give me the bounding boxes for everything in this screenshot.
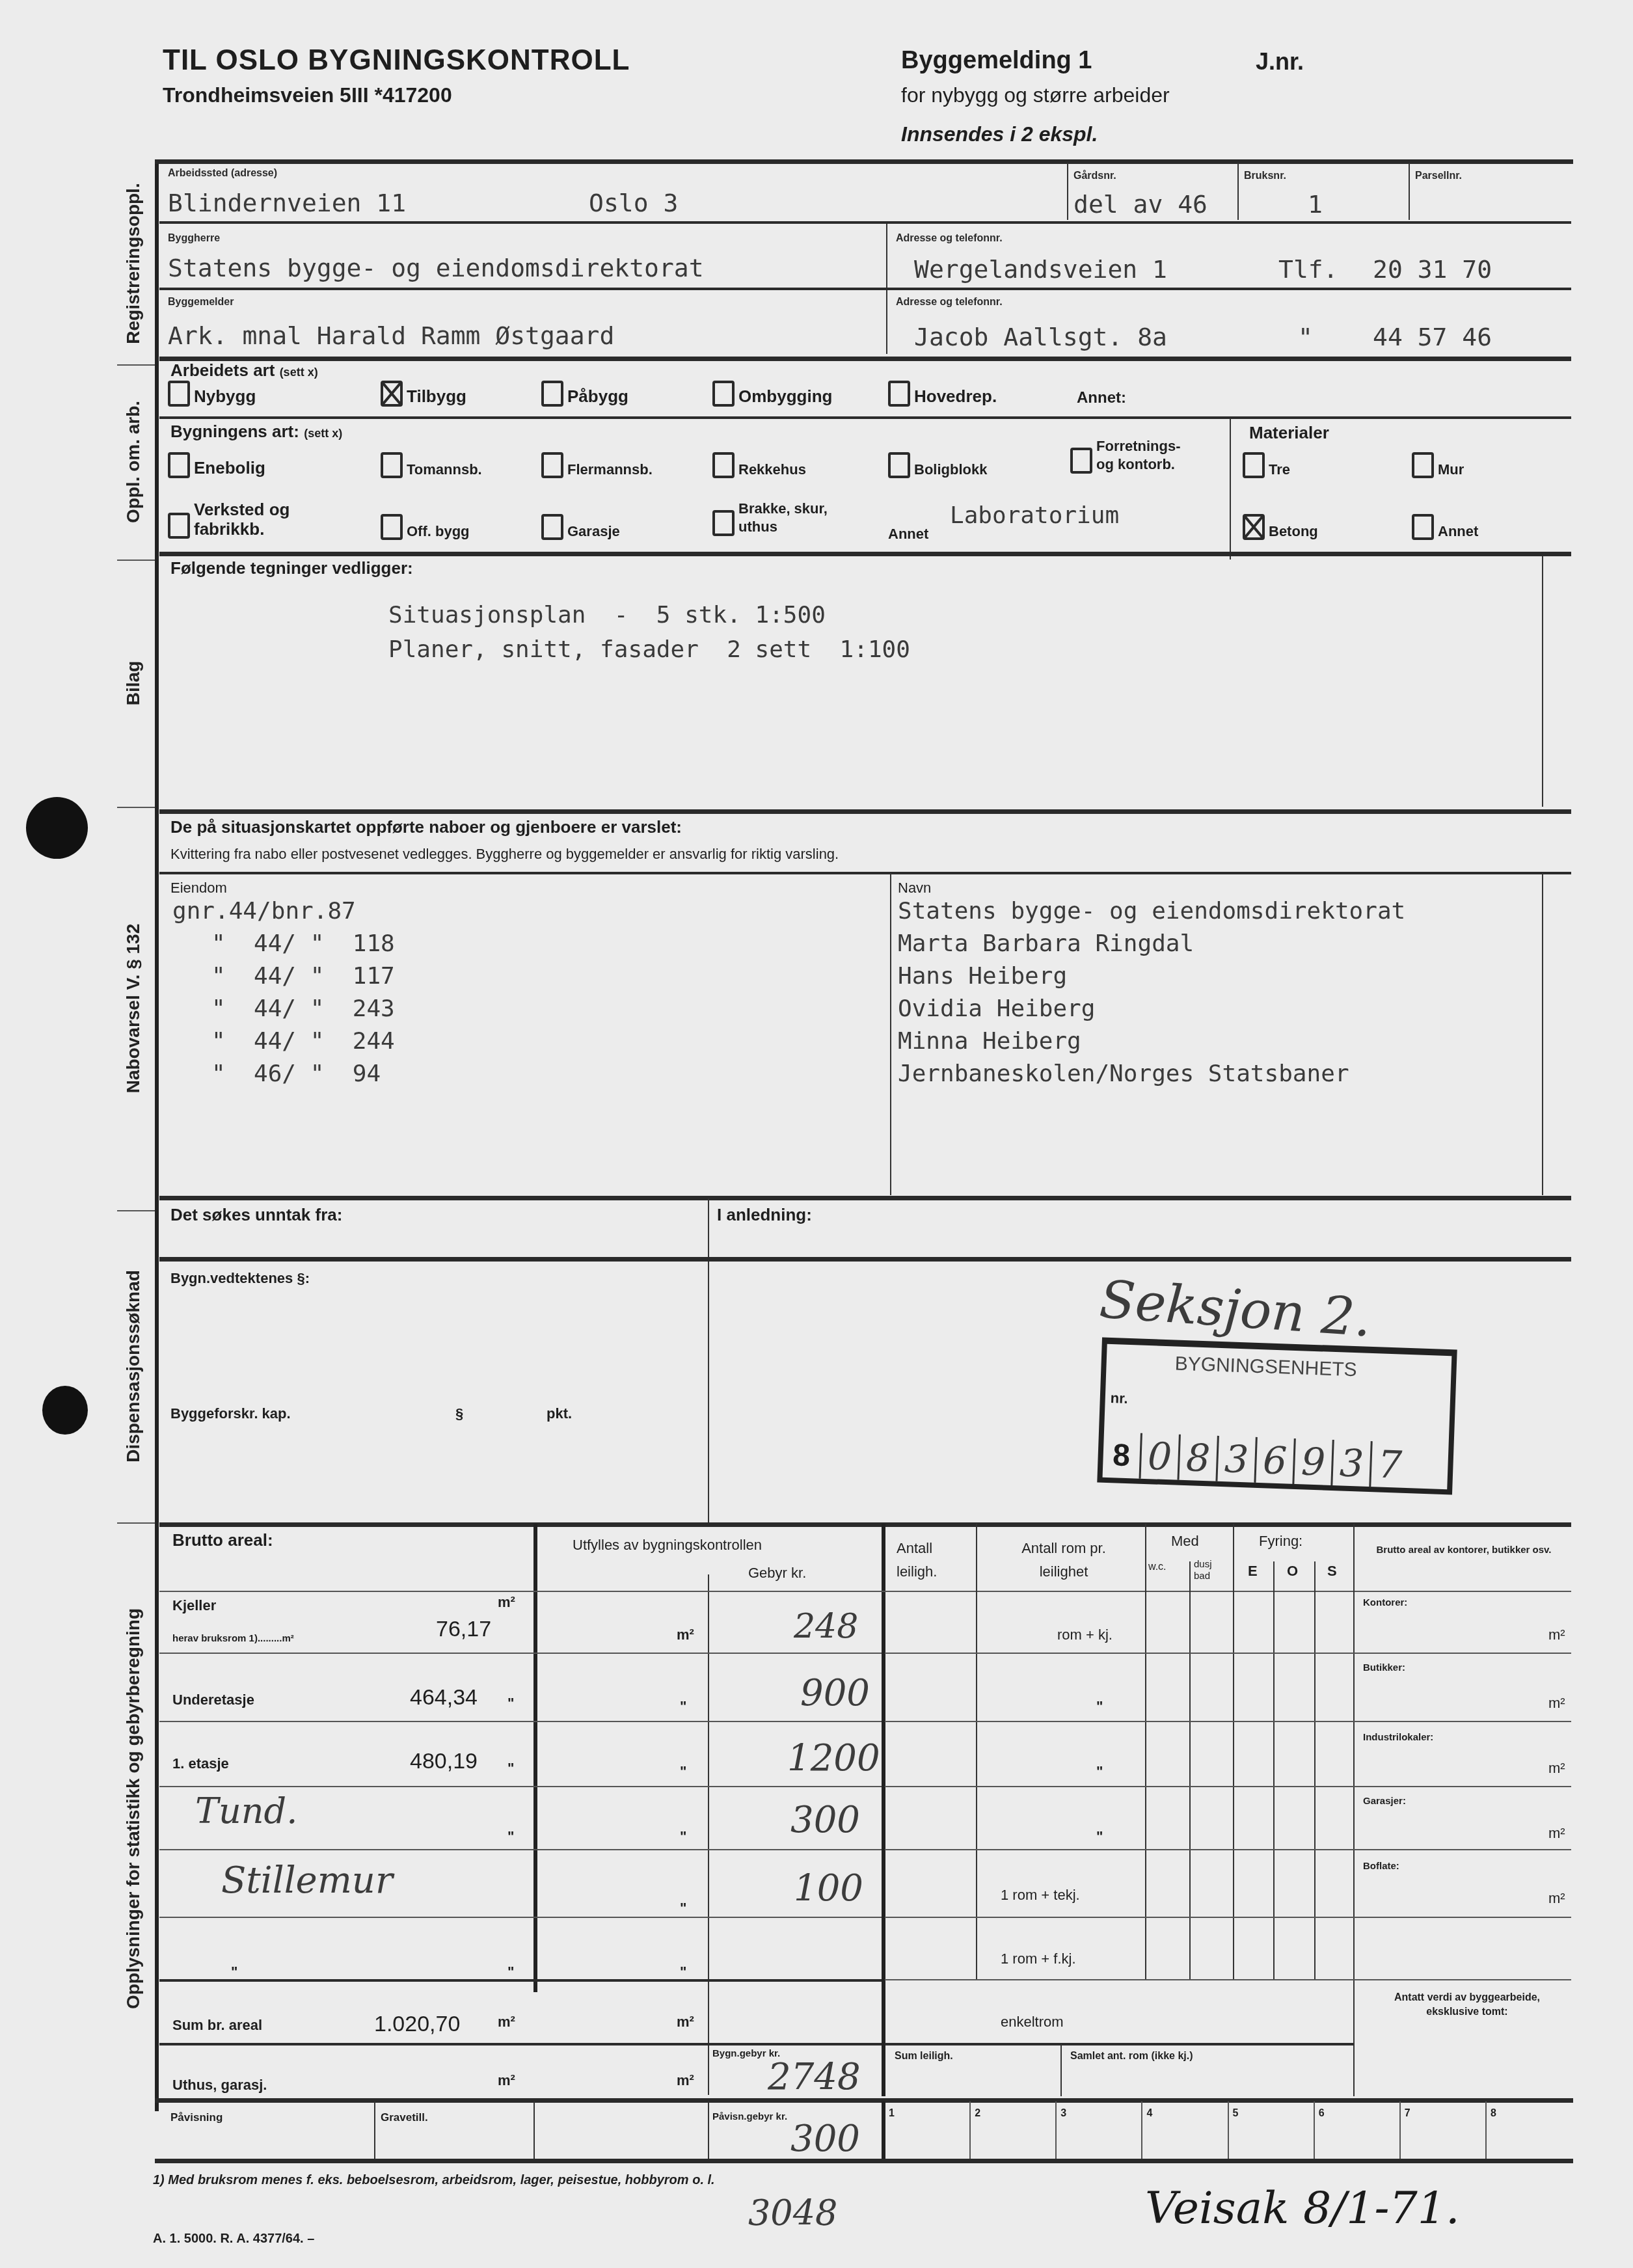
side-divider <box>117 1210 155 1211</box>
divider <box>159 1591 1571 1592</box>
divider <box>885 2043 1353 2045</box>
reporter-ditto-mark: " <box>1298 323 1313 351</box>
room-type-2: 1 rom + tekj. <box>1001 1887 1080 1904</box>
bylaws-label: Bygn.vedtektenes §: <box>170 1270 310 1287</box>
builder-field[interactable]: Statens bygge- og eiendomsdirektorat <box>168 254 704 282</box>
stamp-digit: 6 <box>1256 1437 1295 1484</box>
room-type-3: 1 rom + f.kj. <box>1001 1951 1076 1967</box>
room-type-4: enkeltrom <box>1001 2014 1064 2031</box>
col-wc: w.c. <box>1148 1561 1167 1573</box>
divider <box>885 1849 1571 1850</box>
divider <box>533 2101 535 2160</box>
reporter-address-label: Adresse og telefonnr. <box>896 297 1003 308</box>
checkbox-rekkehus[interactable]: Rekkehus <box>712 452 806 478</box>
side-label-registration: Registreringsoppl. <box>111 163 156 364</box>
list-item: " 44/ " 117Hans Heiberg <box>172 963 1539 995</box>
ditto-mark: " <box>507 1695 514 1712</box>
divider <box>159 1917 882 1918</box>
checkbox-icon <box>541 381 563 407</box>
checkbox-icon <box>712 510 735 536</box>
checkbox-icon <box>541 514 563 540</box>
divider <box>1145 1524 1146 1979</box>
inspection-col[interactable]: 6 <box>1315 2101 1401 2160</box>
checkbox-off-bygg[interactable]: Off. bygg <box>381 514 470 540</box>
punch-hole-bottom <box>42 1386 88 1435</box>
divider <box>159 1257 1571 1262</box>
checkbox-icon <box>168 513 190 539</box>
divider <box>976 1524 977 1979</box>
control-box-right <box>882 1524 885 2096</box>
area-kjeller[interactable]: 76,17 <box>436 1617 491 1642</box>
exception-label: Det søkes unntak fra: <box>170 1205 342 1225</box>
neighbor-property: " 46/ " 94 <box>172 1060 898 1093</box>
checkbox-ombygging[interactable]: Ombygging <box>712 381 832 407</box>
work-address-field[interactable]: Blindernveien 11 <box>168 189 406 217</box>
divider <box>1542 556 1543 807</box>
commercial-boflate: Boflate: <box>1363 1861 1399 1872</box>
divider <box>159 1786 882 1787</box>
checkbox-icon <box>381 452 403 478</box>
neighbor-name: Hans Heiberg <box>898 963 1067 995</box>
inspection-col[interactable]: 5 <box>1229 2101 1315 2160</box>
divider <box>1067 163 1068 220</box>
divider <box>159 1721 882 1722</box>
inspection-fee-label: Påvisn.gebyr kr. <box>712 2111 787 2122</box>
checkbox-checked-icon <box>381 381 403 407</box>
checkbox-enebolig[interactable]: Enebolig <box>168 452 265 478</box>
commercial-industrilokaler: Industrilokaler: <box>1363 1732 1433 1743</box>
m2-unit: m² <box>677 2014 694 2031</box>
row-sublabel-bruksrom: herav bruksrom 1).........m² <box>172 1633 294 1644</box>
divider <box>708 1198 709 1524</box>
col-heating-s: S <box>1327 1563 1337 1580</box>
neighbor-name: Ovidia Heiberg <box>898 995 1095 1028</box>
stamp-digit: 8 <box>1103 1432 1142 1479</box>
divider <box>885 1979 1571 1980</box>
col-rooms-per-apartment: Antall rom pr. leilighet <box>1002 1537 1126 1584</box>
attachment-line-1[interactable]: Situasjonsplan - 5 stk. 1:500 <box>388 602 826 628</box>
checkbox-nybygg[interactable]: Nybygg <box>168 381 256 407</box>
reason-label: I anledning: <box>717 1205 812 1225</box>
divider <box>159 1849 882 1850</box>
fee-1-etasje[interactable]: 1200 <box>787 1737 880 1779</box>
commercial-kontorer: Kontorer: <box>1363 1597 1407 1608</box>
inspection-col[interactable]: 7 <box>1401 2101 1487 2160</box>
row-label-handwritten-2: Stillemur <box>221 1859 393 1902</box>
footnote: 1) Med bruksrom menes f. eks. beboelsesr… <box>153 2173 715 2188</box>
checkbox-tilbygg[interactable]: Tilbygg <box>381 381 466 407</box>
checkbox-icon <box>168 452 190 478</box>
checkbox-mur[interactable]: Mur <box>1412 452 1464 478</box>
col-heating: Fyring: <box>1259 1533 1302 1550</box>
stamp-digit: 7 <box>1371 1441 1409 1488</box>
divider <box>159 1979 882 1982</box>
divider <box>159 1196 1571 1200</box>
builder-label: Byggherre <box>168 233 220 245</box>
work-address-label: Arbeidssted (adresse) <box>168 168 277 180</box>
divider <box>885 1917 1571 1918</box>
divider <box>159 552 1571 556</box>
checkbox-brakke[interactable]: Brakke, skur, uthus <box>712 500 862 536</box>
regulations-point-label: pkt. <box>547 1405 572 1422</box>
property-column-header: Eiendom <box>170 880 227 897</box>
materials-heading: Materialer <box>1249 423 1329 443</box>
handwritten-section-note: Seksjon 2. <box>1098 1269 1373 1349</box>
checkbox-verksted[interactable]: Verksted og fabrikkb. <box>168 500 344 539</box>
side-divider <box>117 807 155 808</box>
checkbox-icon <box>888 452 910 478</box>
work-type-other-label: Annet: <box>1077 389 1126 407</box>
reporter-field[interactable]: Ark. mnal Harald Ramm Østgaard <box>168 321 614 350</box>
signature: Veisak 8/1-71. <box>1145 2183 1460 2234</box>
ditto-mark: " <box>680 1763 686 1780</box>
inspection-col[interactable]: 4 <box>1142 2101 1228 2160</box>
stamp-nr-label: nr. <box>1110 1390 1128 1407</box>
form-subtitle: for nybygg og større arbeider <box>901 83 1170 107</box>
bruksnr-field[interactable]: 1 <box>1308 190 1323 219</box>
divider <box>159 2043 882 2045</box>
building-type-other-label: Annet <box>888 526 928 543</box>
inspection-col[interactable]: 3 <box>1057 2101 1142 2160</box>
regulations-label: Byggeforskr. kap. <box>170 1405 291 1422</box>
ditto-mark: " <box>1096 1763 1103 1780</box>
ditto-mark: " <box>1096 1698 1103 1715</box>
side-label-attachments: Bilag <box>111 560 156 807</box>
neighbor-property: " 44/ " 118 <box>172 930 898 963</box>
fee-row-4[interactable]: 300 <box>790 1799 860 1841</box>
journal-number-label: J.nr. <box>1256 48 1304 75</box>
name-column-header: Navn <box>898 880 931 897</box>
m2-unit: m² <box>677 2072 694 2089</box>
inspection-columns: 1 2 3 4 5 6 7 8 <box>885 2101 1571 2160</box>
gardsnr-field[interactable]: del av 46 <box>1073 190 1208 219</box>
divider <box>1230 418 1231 560</box>
inspection-fee-value[interactable]: 300 <box>790 2118 860 2160</box>
row-label-1-etasje: 1. etasje <box>172 1755 229 1772</box>
work-type-heading: Arbeidets art (sett x) <box>170 360 318 381</box>
divider <box>885 1721 1571 1722</box>
ditto-mark: " <box>231 1964 237 1980</box>
submission-instructions: Innsendes i 2 ekspl. <box>901 122 1098 146</box>
outbuilding-label: Uthus, garasj. <box>172 2077 267 2094</box>
divider <box>159 221 1571 224</box>
builder-phone-field[interactable]: 20 31 70 <box>1373 255 1492 284</box>
list-item: gnr.44/bnr.87Statens bygge- og eiendomsd… <box>172 898 1539 930</box>
side-divider <box>117 364 155 366</box>
checkbox-checked-icon <box>1243 514 1265 540</box>
attachment-line-2[interactable]: Planer, snitt, fasader 2 sett 1:100 <box>388 636 910 663</box>
reporter-label: Byggemelder <box>168 297 234 308</box>
m2-unit: m² <box>498 1594 515 1611</box>
checkbox-pabygg[interactable]: Påbygg <box>541 381 628 407</box>
divider <box>159 416 1571 419</box>
divider <box>1409 163 1410 220</box>
stamp-title: BYGNINGSENHETS <box>1174 1353 1357 1381</box>
divider <box>159 1522 1571 1527</box>
page-title: TIL OSLO BYGNINGSKONTROLL <box>163 44 630 77</box>
fee-row-5[interactable]: 100 <box>794 1867 863 1910</box>
builder-tlf-label: Tlf. <box>1278 255 1338 284</box>
checkbox-flermannsbolig[interactable]: Flermannsb. <box>541 452 653 478</box>
neighbor-name: Minna Heiberg <box>898 1028 1081 1060</box>
side-label-statistics: Opplysninger for statistikk og gebyrbere… <box>111 1522 156 2095</box>
checkbox-icon <box>1070 448 1092 474</box>
neighbor-name: Marta Barbara Ringdal <box>898 930 1194 963</box>
divider <box>1233 1524 1234 1979</box>
row-label-underetasje: Underetasje <box>172 1692 254 1708</box>
stamp-digit: 0 <box>1141 1433 1181 1480</box>
parsellnr-label: Parsellnr. <box>1415 170 1462 182</box>
attachments-heading: Følgende tegninger vedligger: <box>170 558 413 578</box>
checkbox-forretningsbygg[interactable]: Forretnings- og kontorb. <box>1070 437 1207 474</box>
divider <box>1542 873 1543 1195</box>
stamp-digit: 8 <box>1179 1435 1219 1481</box>
header-address: Trondheimsveien 5III *417200 <box>163 83 452 107</box>
side-label-work-info: Oppl. om. arb. <box>111 364 156 560</box>
m2-unit: m² <box>498 2072 515 2089</box>
form-top-border <box>155 159 1573 164</box>
m2-unit: m² <box>1548 1760 1565 1777</box>
total-handwritten: 3048 <box>748 2193 837 2234</box>
inspection-col[interactable]: 2 <box>971 2101 1057 2160</box>
neighbor-name: Statens bygge- og eiendomsdirektorat <box>898 898 1405 930</box>
col-with: Med <box>1171 1533 1199 1550</box>
checkbox-icon <box>712 381 735 407</box>
work-city-field[interactable]: Oslo 3 <box>589 189 678 217</box>
form-title: Byggemelding 1 <box>901 47 1092 75</box>
ditto-mark: " <box>680 1698 686 1715</box>
checkbox-hovedrep[interactable]: Hovedrep. <box>888 381 997 407</box>
sum-area-label: Sum br. areal <box>172 2017 262 2034</box>
builder-address-field[interactable]: Wergelandsveien 1 <box>914 255 1167 284</box>
checkbox-icon <box>541 452 563 478</box>
bruksnr-label: Bruksnr. <box>1244 170 1286 182</box>
m2-unit: m² <box>1548 1627 1565 1643</box>
ditto-mark: " <box>507 1760 514 1777</box>
inspection-label: Påvisning <box>170 2111 223 2124</box>
row-label-kjeller: Kjeller <box>172 1597 216 1614</box>
side-label-dispensation: Dispensasjonssøknad <box>111 1210 156 1522</box>
row-label-handwritten-1: Tund. <box>195 1790 297 1831</box>
checkbox-icon <box>712 452 735 478</box>
divider <box>1353 1524 1355 2096</box>
checkbox-icon <box>1412 514 1434 540</box>
neighbor-property: gnr.44/bnr.87 <box>172 898 898 930</box>
fee-kjeller[interactable]: 248 <box>794 1607 858 1646</box>
ditto-mark: " <box>507 1964 514 1980</box>
col-shower-bath: dusj bad <box>1194 1559 1226 1582</box>
divider <box>159 288 1571 290</box>
checkbox-icon <box>888 381 910 407</box>
commercial-butikker: Butikker: <box>1363 1662 1405 1673</box>
divider <box>155 2159 1573 2163</box>
checkbox-icon <box>1243 452 1265 478</box>
side-divider <box>117 560 155 561</box>
gross-area-heading: Brutto areal: <box>172 1530 273 1550</box>
ditto-mark: " <box>1096 1828 1103 1845</box>
punch-hole-top <box>26 797 88 859</box>
neighbors-heading: De på situasjonskartet oppførte naboer o… <box>170 817 682 837</box>
stamp-digit-row: 8 0 8 3 6 9 3 7 <box>1103 1432 1409 1488</box>
fee-underetasje[interactable]: 900 <box>800 1672 870 1714</box>
checkbox-garasje[interactable]: Garasje <box>541 514 620 540</box>
col-heating-e: E <box>1248 1563 1258 1580</box>
col-apartment-count: Antall leiligh. <box>897 1537 968 1584</box>
neighbor-property: " 44/ " 244 <box>172 1028 898 1060</box>
divider <box>885 1653 1571 1654</box>
divider <box>885 1786 1571 1787</box>
list-item: " 44/ " 244Minna Heiberg <box>172 1028 1539 1060</box>
m2-unit: m² <box>1548 1890 1565 1907</box>
building-unit-stamp: BYGNINGSENHETS nr. 8 0 8 3 6 9 3 7 <box>1097 1338 1457 1495</box>
m2-unit: m² <box>498 2014 515 2031</box>
divider <box>1237 163 1239 220</box>
reporter-address-field[interactable]: Jacob Aallsgt. 8a <box>914 323 1167 351</box>
form-code: A. 1. 5000. R. A. 4377/64. – <box>153 2232 314 2247</box>
checkbox-icon <box>1412 452 1434 478</box>
ditto-mark: " <box>680 1828 686 1845</box>
checkbox-icon <box>168 381 190 407</box>
divider <box>374 2101 375 2160</box>
area-1-etasje[interactable]: 480,19 <box>410 1749 478 1774</box>
reporter-phone-field[interactable]: 44 57 46 <box>1373 323 1492 351</box>
col-commercial-area: Brutto areal av kontorer, butikker osv. <box>1363 1543 1565 1558</box>
divider <box>159 357 1571 361</box>
ditto-mark: " <box>680 1900 686 1917</box>
building-type-other-field[interactable]: Laboratorium <box>950 502 1119 529</box>
building-type-heading: Bygningens art: (sett x) <box>170 422 342 442</box>
side-label-neighbor-notice: Nabovarsel V. § 132 <box>111 807 156 1210</box>
sum-apartments-label: Sum leiligh. <box>895 2051 953 2062</box>
control-box-left <box>533 1524 537 1992</box>
divider <box>159 1653 882 1654</box>
m2-unit: m² <box>677 1627 694 1643</box>
building-fee-value[interactable]: 2748 <box>768 2056 861 2098</box>
neighbors-list: gnr.44/bnr.87Statens bygge- og eiendomsd… <box>172 898 1539 1093</box>
col-heating-o: O <box>1287 1563 1298 1580</box>
divider <box>159 872 1571 874</box>
ditto-mark: " <box>680 1964 686 1980</box>
excavation-label: Gravetill. <box>381 2111 428 2124</box>
fee-heading: Gebyr kr. <box>748 1565 806 1582</box>
list-item: " 44/ " 243Ovidia Heiberg <box>172 995 1539 1028</box>
list-item: " 46/ " 94Jernbaneskolen/Norges Statsban… <box>172 1060 1539 1093</box>
list-item: " 44/ " 118Marta Barbara Ringdal <box>172 930 1539 963</box>
stamp-digit: 3 <box>1332 1440 1372 1487</box>
m2-unit: m² <box>1548 1825 1565 1842</box>
checkbox-betong[interactable]: Betong <box>1243 514 1318 540</box>
divider <box>708 2101 709 2160</box>
regulations-section-label: § <box>455 1405 463 1422</box>
checkbox-boligblokk[interactable]: Boligblokk <box>888 452 987 478</box>
gardsnr-label: Gårdsnr. <box>1073 170 1116 182</box>
stamp-digit: 3 <box>1217 1436 1257 1483</box>
divider <box>159 809 1571 814</box>
m2-unit: m² <box>1548 1695 1565 1712</box>
inspection-col[interactable]: 1 <box>885 2101 971 2160</box>
divider <box>1060 2044 1062 2096</box>
room-type-1: rom + kj. <box>1057 1627 1113 1643</box>
stamp-digit: 9 <box>1294 1438 1334 1485</box>
estimated-value-label: Antatt verdi av byggearbeide, eksklusive… <box>1370 1991 1565 2019</box>
checkbox-tomannsbolig[interactable]: Tomannsb. <box>381 452 482 478</box>
neighbor-property: " 44/ " 243 <box>172 995 898 1028</box>
checkbox-tre[interactable]: Tre <box>1243 452 1290 478</box>
commercial-garasjer: Garasjer: <box>1363 1796 1406 1807</box>
neighbor-property: " 44/ " 117 <box>172 963 898 995</box>
builder-address-label: Adresse og telefonnr. <box>896 233 1003 245</box>
control-heading: Utfylles av bygningskontrollen <box>573 1537 762 1554</box>
area-underetasje[interactable]: 464,34 <box>410 1685 478 1710</box>
total-rooms-label: Samlet ant. rom (ikke kj.) <box>1070 2051 1193 2062</box>
neighbors-note: Kvittering fra nabo eller postvesenet ve… <box>170 846 839 863</box>
neighbor-name: Jernbaneskolen/Norges Statsbaner <box>898 1060 1349 1093</box>
checkbox-annet-material[interactable]: Annet <box>1412 514 1478 540</box>
side-divider <box>117 1522 155 1524</box>
checkbox-icon <box>381 514 403 540</box>
sum-area-value[interactable]: 1.020,70 <box>374 2012 460 2037</box>
ditto-mark: " <box>507 1828 514 1845</box>
inspection-col[interactable]: 8 <box>1487 2101 1571 2160</box>
